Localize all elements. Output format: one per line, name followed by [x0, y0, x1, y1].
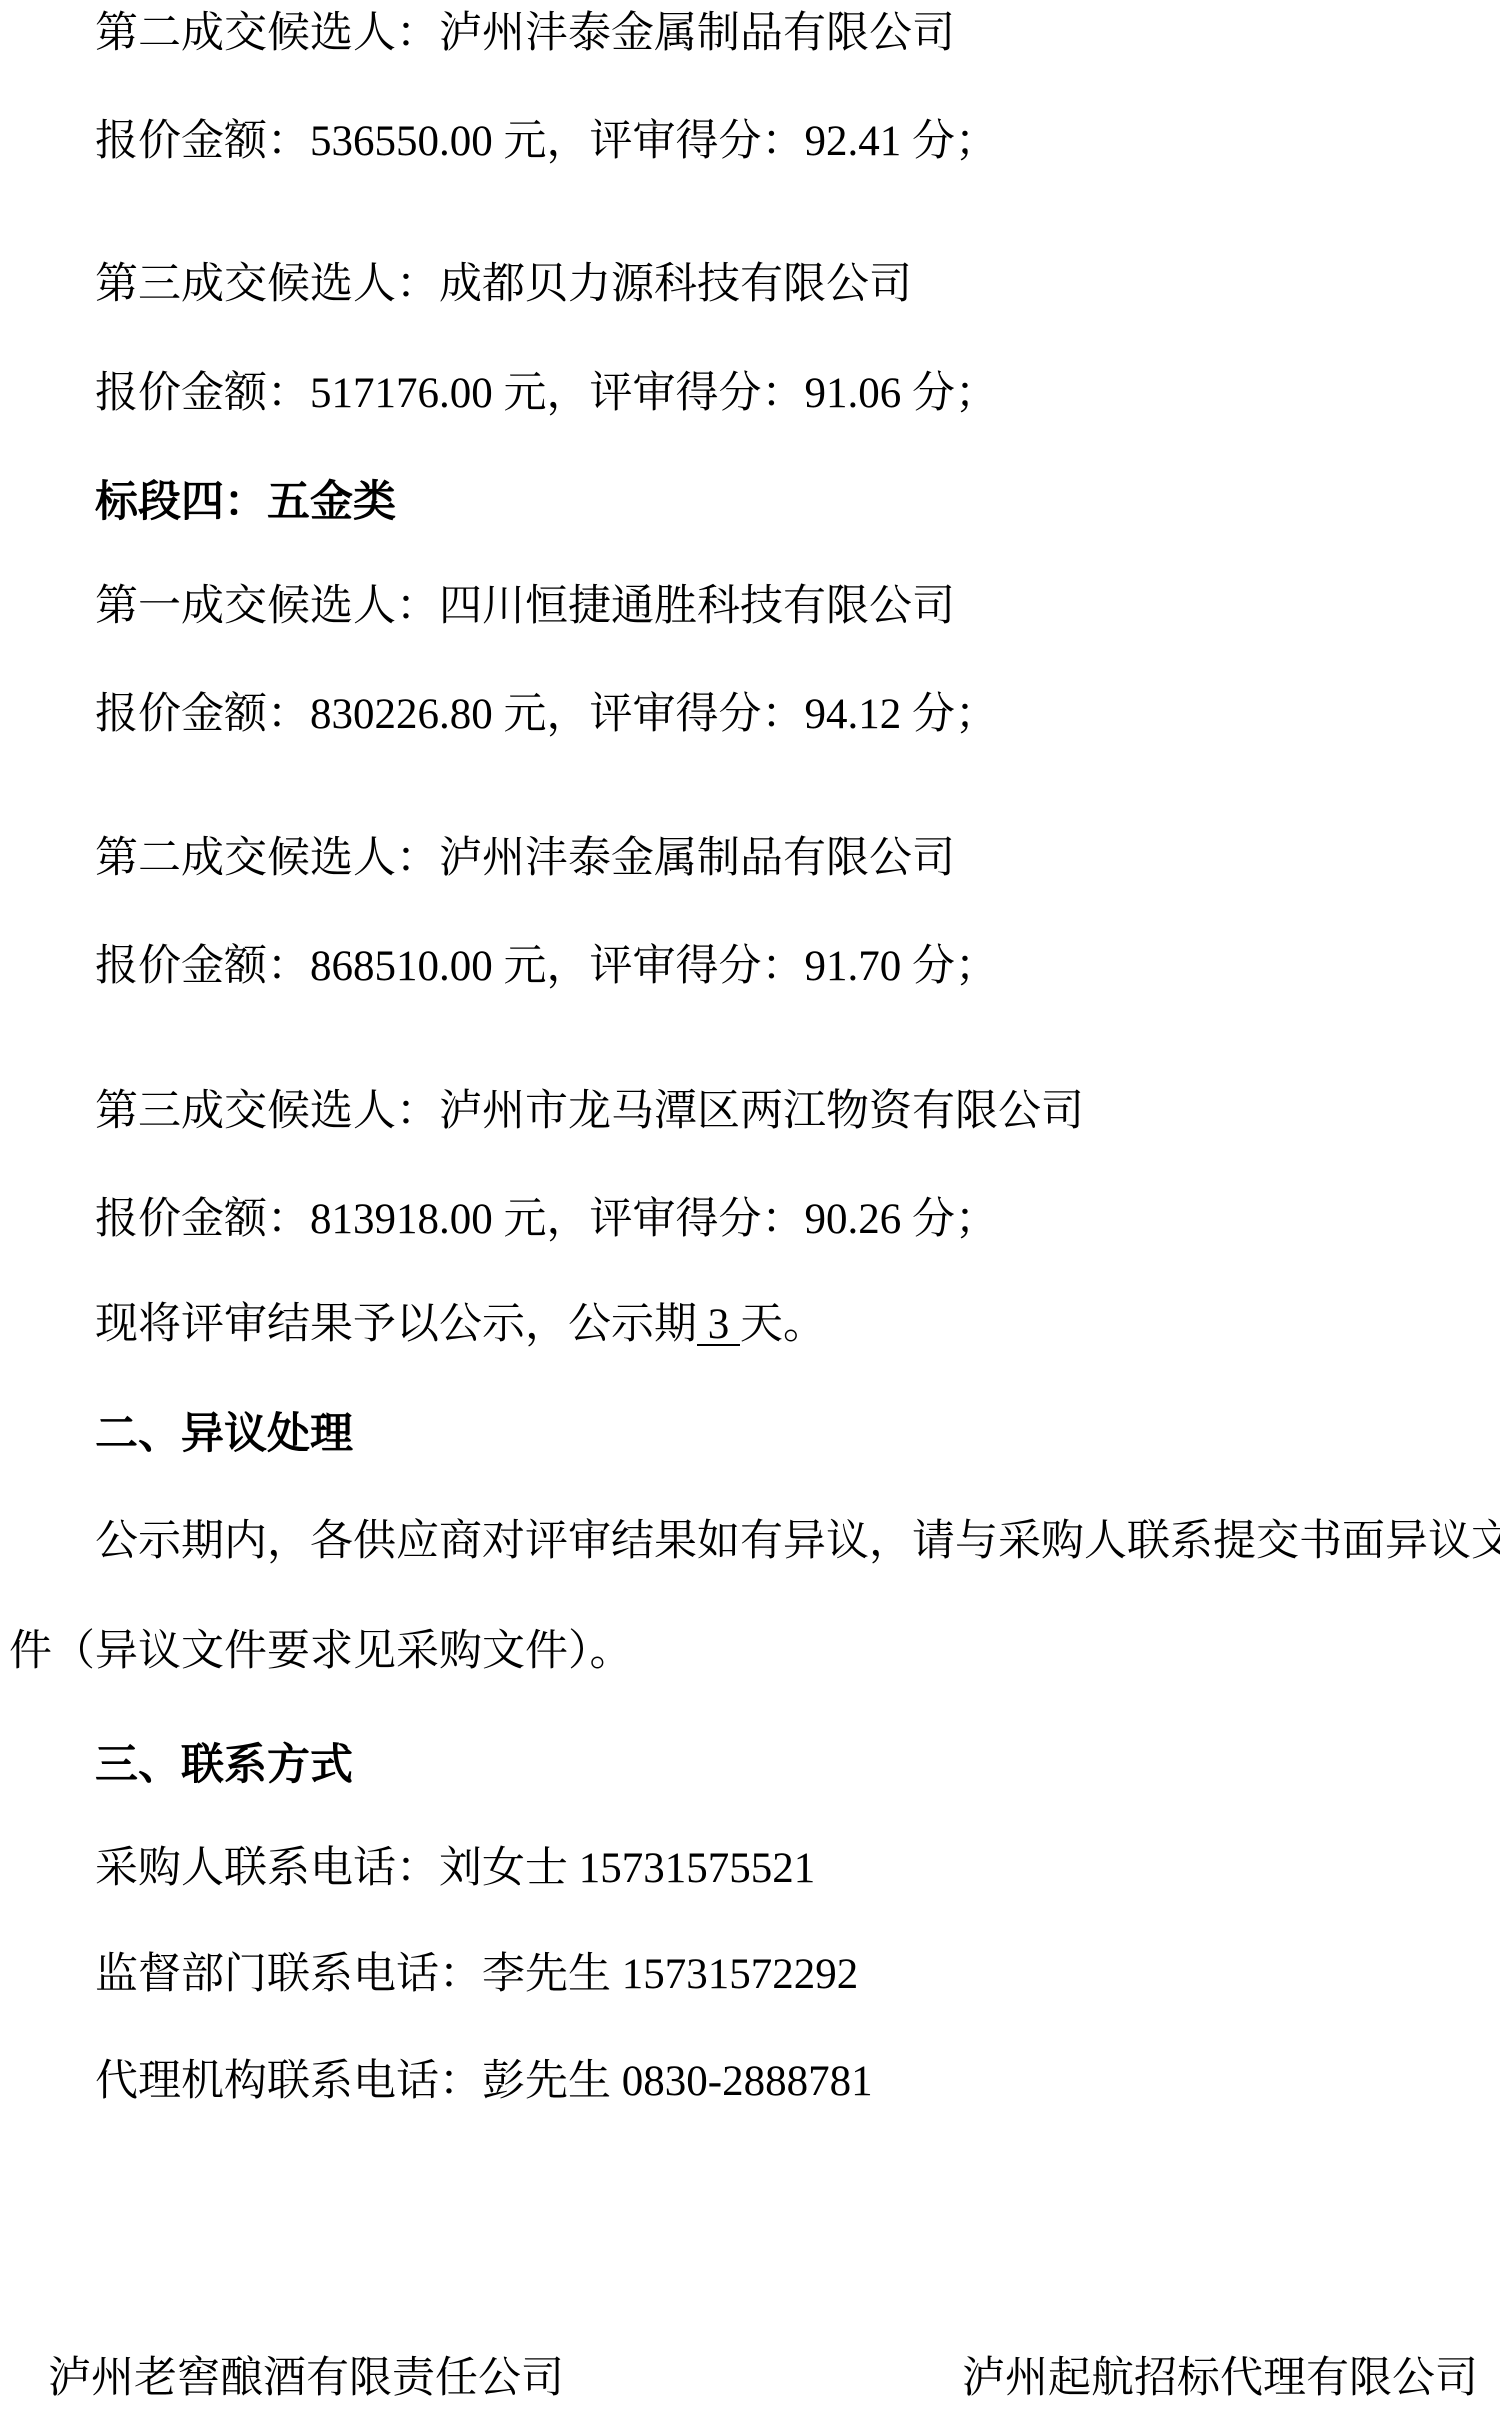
candidate-name: 成都贝力源科技有限公司 [439, 261, 912, 308]
candidate-line: 第二成交候选人：泸州沣泰金属制品有限公司 [95, 5, 955, 63]
signature-agency: 泸州起航招标代理有限公司 [962, 2350, 1478, 2408]
candidate-label: 第三成交候选人： [95, 261, 439, 308]
candidate-name: 泸州市龙马潭区两江物资有限公司 [439, 1088, 1084, 1135]
section-heading-objection: 二、异议处理 [95, 1405, 353, 1463]
quote-line: 报价金额：536550.00 元，评审得分：92.41 分； [95, 113, 998, 171]
objection-paragraph-line1: 公示期内，各供应商对评审结果如有异议，请与采购人联系提交书面异议文 [95, 1513, 1500, 1571]
quote-line: 报价金额：868510.00 元，评审得分：91.70 分； [95, 938, 998, 996]
contact-agency: 代理机构联系电话：彭先生 0830-2888781 [95, 2053, 873, 2111]
signature-purchaser: 泸州老窖酿酒有限责任公司 [48, 2350, 564, 2408]
publicity-prefix: 现将评审结果予以公示，公示期 [95, 1301, 697, 1348]
candidate-line: 第三成交候选人：泸州市龙马潭区两江物资有限公司 [95, 1083, 1084, 1141]
objection-paragraph-line2: 件（异议文件要求见采购文件）。 [9, 1623, 633, 1681]
section-heading-contact: 三、联系方式 [95, 1736, 353, 1794]
contact-buyer: 采购人联系电话：刘女士 15731575521 [95, 1840, 815, 1898]
candidate-name: 四川恒捷通胜科技有限公司 [439, 583, 955, 630]
publicity-line: 现将评审结果予以公示，公示期 3 天。 [95, 1296, 826, 1354]
publicity-days: 3 [697, 1301, 740, 1348]
candidate-label: 第三成交候选人： [95, 1088, 439, 1135]
candidate-name: 泸州沣泰金属制品有限公司 [439, 10, 955, 57]
candidate-name: 泸州沣泰金属制品有限公司 [439, 835, 955, 882]
candidate-line: 第一成交候选人：四川恒捷通胜科技有限公司 [95, 578, 955, 636]
quote-line: 报价金额：517176.00 元，评审得分：91.06 分； [95, 365, 998, 423]
quote-line: 报价金额：813918.00 元，评审得分：90.26 分； [95, 1191, 998, 1249]
candidate-label: 第二成交候选人： [95, 835, 439, 882]
candidate-label: 第二成交候选人： [95, 10, 439, 57]
contact-supervisor: 监督部门联系电话：李先生 15731572292 [95, 1946, 858, 2004]
quote-line: 报价金额：830226.80 元，评审得分：94.12 分； [95, 686, 998, 744]
lot-heading: 标段四：五金类 [95, 473, 396, 531]
candidate-label: 第一成交候选人： [95, 583, 439, 630]
publicity-suffix: 天。 [740, 1301, 826, 1348]
candidate-line: 第三成交候选人：成都贝力源科技有限公司 [95, 256, 912, 314]
candidate-line: 第二成交候选人：泸州沣泰金属制品有限公司 [95, 830, 955, 888]
